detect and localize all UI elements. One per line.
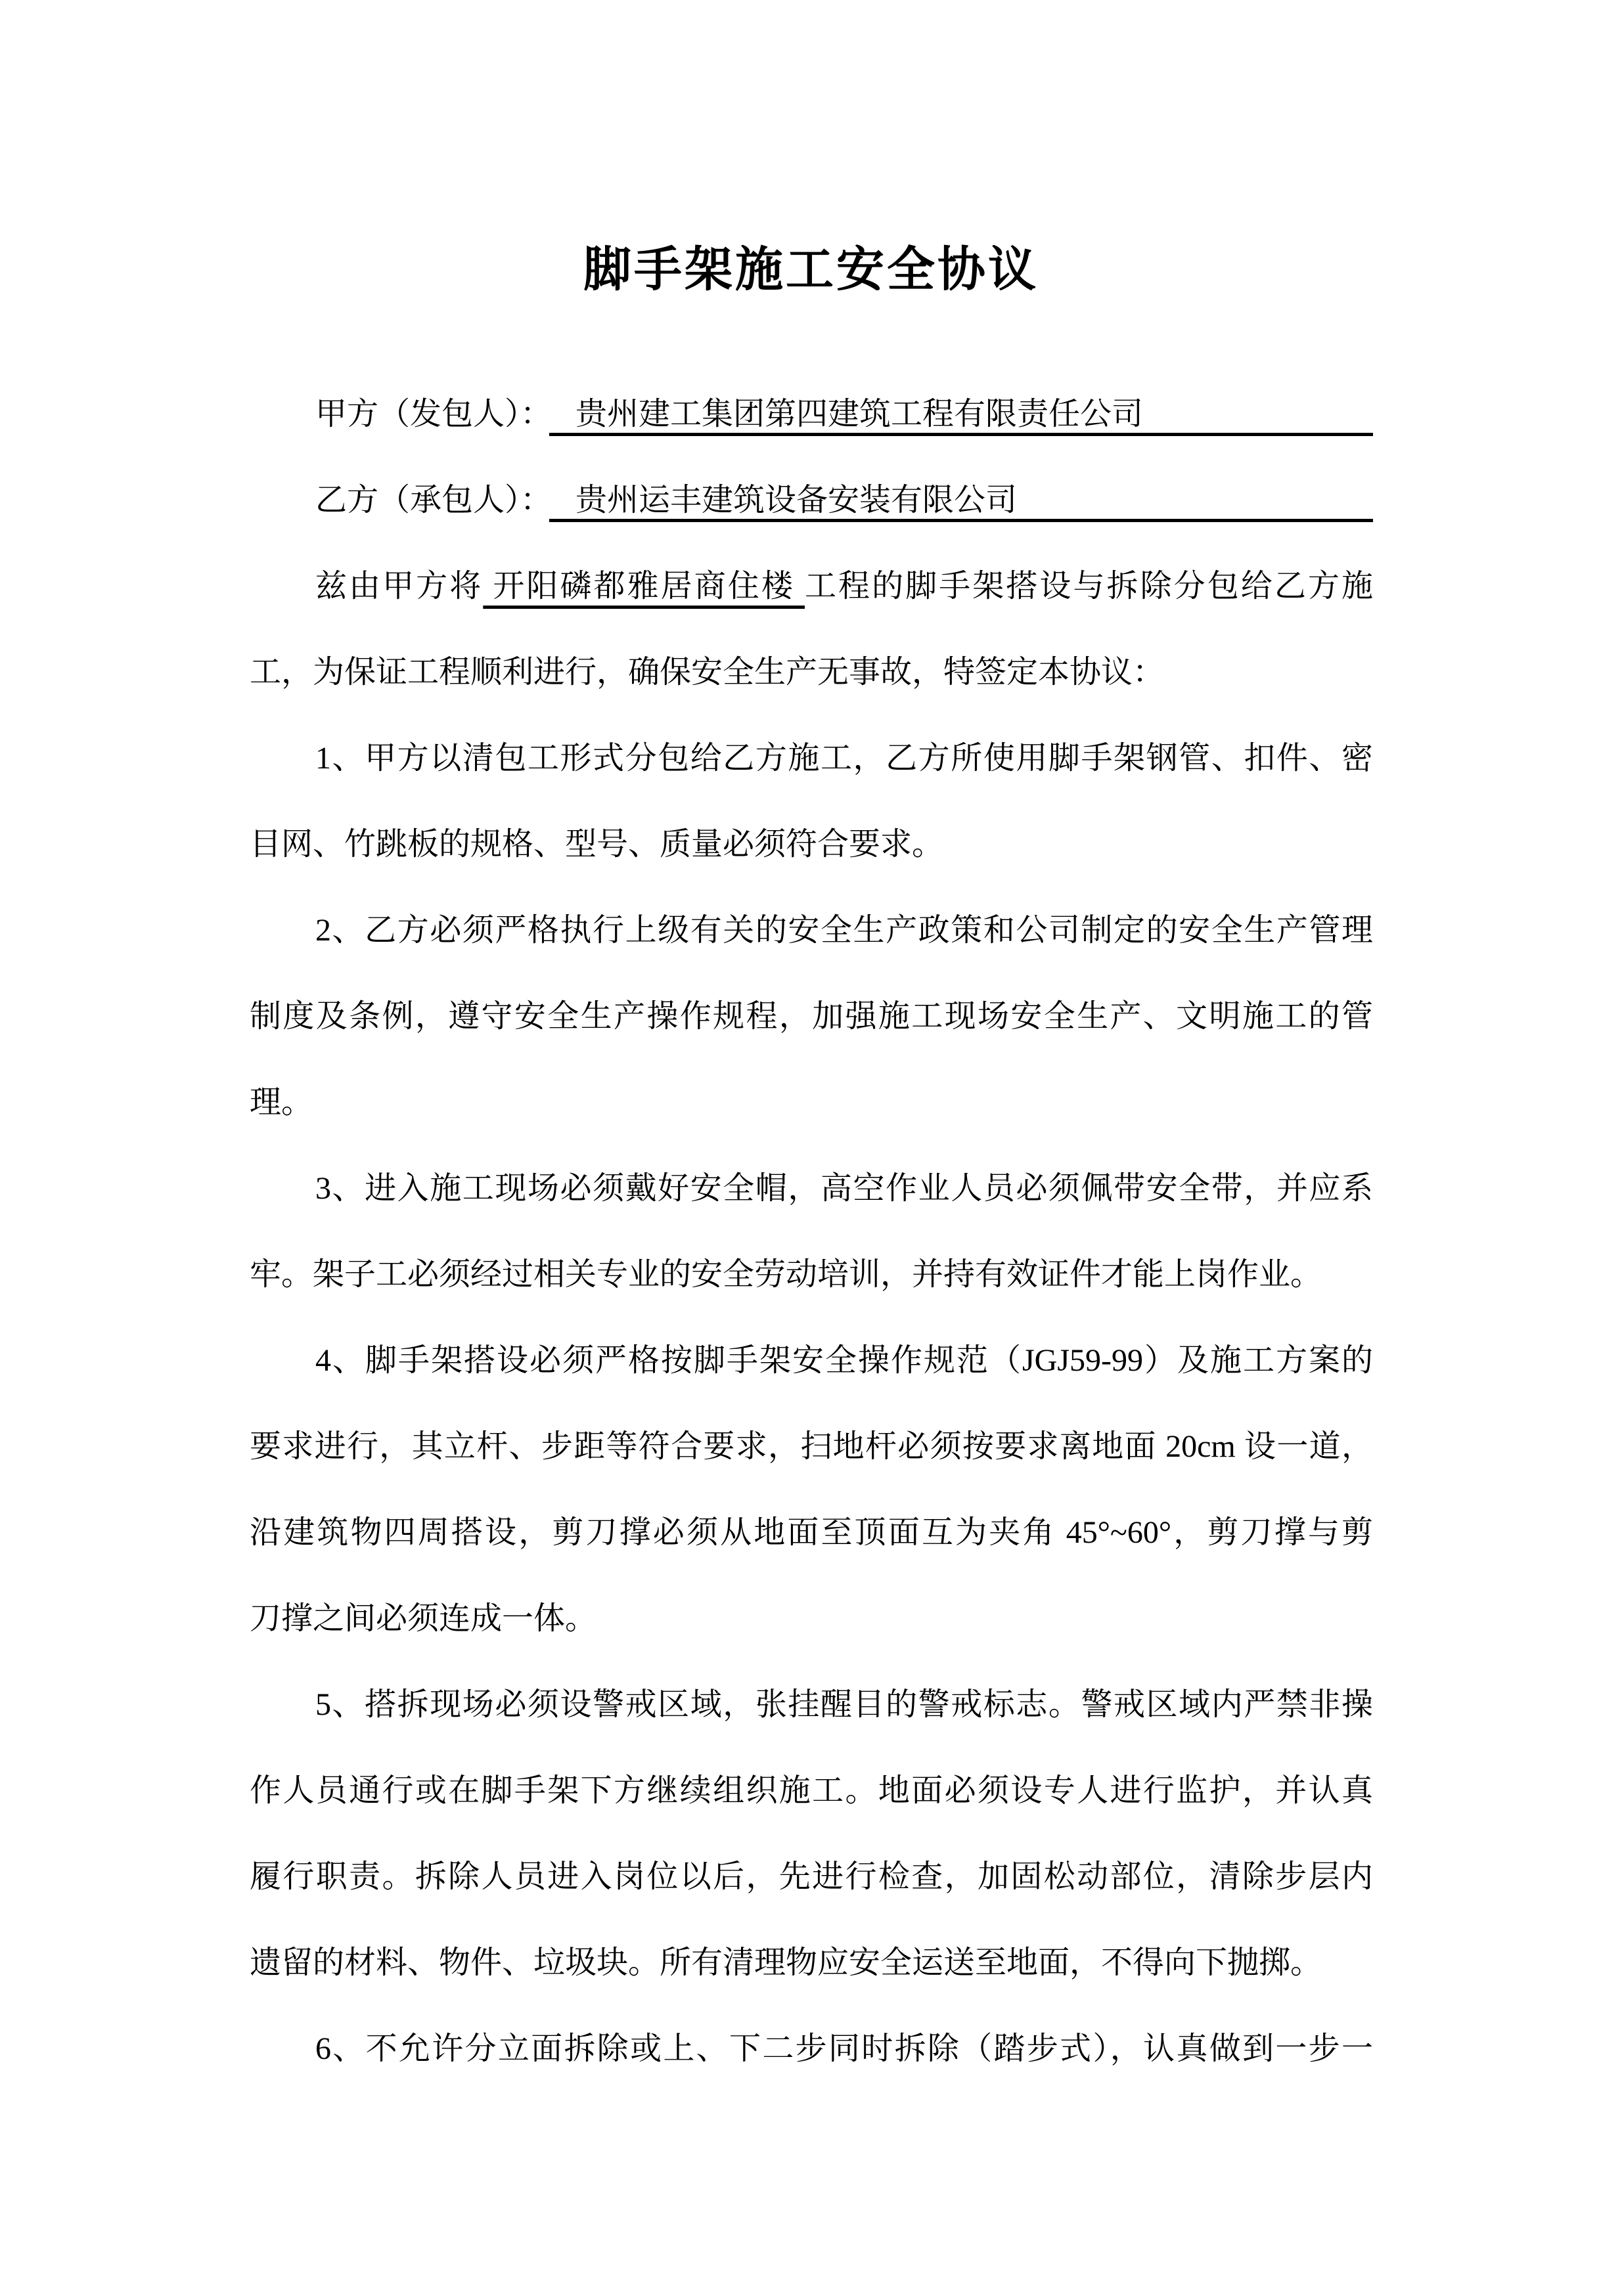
text-segment: 兹由甲方将 <box>315 569 483 604</box>
text-line: 目网、竹跳板的规格、型号、质量必须符合要求。 <box>250 801 1373 887</box>
party_b-name-underlined-field: 贵州运丰建筑设备安装有限公司 <box>575 457 1373 543</box>
document-body: 甲方（发包人）：贵州建工集团第四建筑工程有限责任公司乙方（承包人）：贵州运丰建筑… <box>250 371 1373 2092</box>
underlined-fill-text: 开阳磷都雅居商住楼 <box>483 569 805 604</box>
text-segment: 沿建筑物四周搭设，剪刀撑必须从地面至顶面互为夹角 45°~60°，剪刀撑与剪 <box>250 1515 1373 1550</box>
text-line: 作人员通行或在脚手架下方继续组织施工。地面必须设专人进行监护，并认真 <box>250 1748 1373 1834</box>
text-line: 履行职责。拆除人员进入岗位以后，先进行检查，加固松动部位，清除步层内 <box>250 1834 1373 1920</box>
text-line: 牢。架子工必须经过相关专业的安全劳动培训，并持有效证件才能上岗作业。 <box>250 1231 1373 1317</box>
text-segment: 作人员通行或在脚手架下方继续组织施工。地面必须设专人进行监护，并认真 <box>250 1773 1373 1808</box>
page-title: 脚手架施工安全协议 <box>0 237 1622 303</box>
text-line: 遗留的材料、物件、垃圾块。所有清理物应安全运送至地面，不得向下抛掷。 <box>250 1920 1373 2006</box>
text-line: 理。 <box>250 1059 1373 1145</box>
text-line: 5、搭拆现场必须设警戒区域，张挂醒目的警戒标志。警戒区域内严禁非操 <box>250 1662 1373 1748</box>
text-line: 1、甲方以清包工形式分包给乙方施工，乙方所使用脚手架钢管、扣件、密 <box>250 715 1373 801</box>
text-segment: 制度及条例，遵守安全生产操作规程，加强施工现场安全生产、文明施工的管 <box>250 999 1373 1034</box>
text-segment: 目网、竹跳板的规格、型号、质量必须符合要求。 <box>250 827 943 862</box>
text-segment: 3、进入施工现场必须戴好安全帽，高空作业人员必须佩带安全带，并应系 <box>315 1171 1373 1206</box>
text-segment: 2、乙方必须严格执行上级有关的安全生产政策和公司制定的安全生产管理 <box>315 913 1373 948</box>
party-line-party_a: 甲方（发包人）：贵州建工集团第四建筑工程有限责任公司 <box>250 371 1373 457</box>
text-segment: 理。 <box>250 1085 313 1120</box>
text-line: 兹由甲方将 开阳磷都雅居商住楼 工程的脚手架搭设与拆除分包给乙方施 <box>250 543 1373 629</box>
text-segment: 1、甲方以清包工形式分包给乙方施工，乙方所使用脚手架钢管、扣件、密 <box>315 741 1373 776</box>
text-line: 6、不允许分立面拆除或上、下二步同时拆除（踏步式），认真做到一步一 <box>250 2006 1373 2092</box>
text-line: 工，为保证工程顺利进行，确保安全生产无事故，特签定本协议： <box>250 629 1373 715</box>
text-line: 要求进行，其立杆、步距等符合要求，扫地杆必须按要求离地面 20cm 设一道， <box>250 1403 1373 1490</box>
party_b-label: 乙方（承包人）： <box>250 457 552 543</box>
text-segment: 工，为保证工程顺利进行，确保安全生产无事故，特签定本协议： <box>250 655 1164 690</box>
party-line-party_b: 乙方（承包人）：贵州运丰建筑设备安装有限公司 <box>250 457 1373 543</box>
party_a-name-underlined-field: 贵州建工集团第四建筑工程有限责任公司 <box>575 371 1373 457</box>
text-line: 刀撑之间必须连成一体。 <box>250 1576 1373 1662</box>
text-line: 2、乙方必须严格执行上级有关的安全生产政策和公司制定的安全生产管理 <box>250 887 1373 973</box>
document-page: 脚手架施工安全协议 甲方（发包人）：贵州建工集团第四建筑工程有限责任公司乙方（承… <box>0 0 1622 2296</box>
text-line: 沿建筑物四周搭设，剪刀撑必须从地面至顶面互为夹角 45°~60°，剪刀撑与剪 <box>250 1490 1373 1576</box>
text-segment: 5、搭拆现场必须设警戒区域，张挂醒目的警戒标志。警戒区域内严禁非操 <box>315 1687 1373 1722</box>
text-line: 4、脚手架搭设必须严格按脚手架安全操作规范（JGJ59-99）及施工方案的 <box>250 1317 1373 1403</box>
text-segment: 6、不允许分立面拆除或上、下二步同时拆除（踏步式），认真做到一步一 <box>315 2031 1373 2066</box>
text-segment: 牢。架子工必须经过相关专业的安全劳动培训，并持有效证件才能上岗作业。 <box>250 1257 1322 1292</box>
party_a-label: 甲方（发包人）： <box>250 371 552 457</box>
text-segment: 履行职责。拆除人员进入岗位以后，先进行检查，加固松动部位，清除步层内 <box>250 1859 1373 1894</box>
text-segment: 要求进行，其立杆、步距等符合要求，扫地杆必须按要求离地面 20cm 设一道， <box>250 1429 1373 1464</box>
text-segment: 4、脚手架搭设必须严格按脚手架安全操作规范（JGJ59-99）及施工方案的 <box>315 1343 1373 1378</box>
text-segment: 遗留的材料、物件、垃圾块。所有清理物应安全运送至地面，不得向下抛掷。 <box>250 1945 1322 1980</box>
text-segment: 工程的脚手架搭设与拆除分包给乙方施 <box>805 569 1373 604</box>
text-line: 制度及条例，遵守安全生产操作规程，加强施工现场安全生产、文明施工的管 <box>250 973 1373 1059</box>
text-line: 3、进入施工现场必须戴好安全帽，高空作业人员必须佩带安全带，并应系 <box>250 1145 1373 1231</box>
text-segment: 刀撑之间必须连成一体。 <box>250 1601 597 1636</box>
